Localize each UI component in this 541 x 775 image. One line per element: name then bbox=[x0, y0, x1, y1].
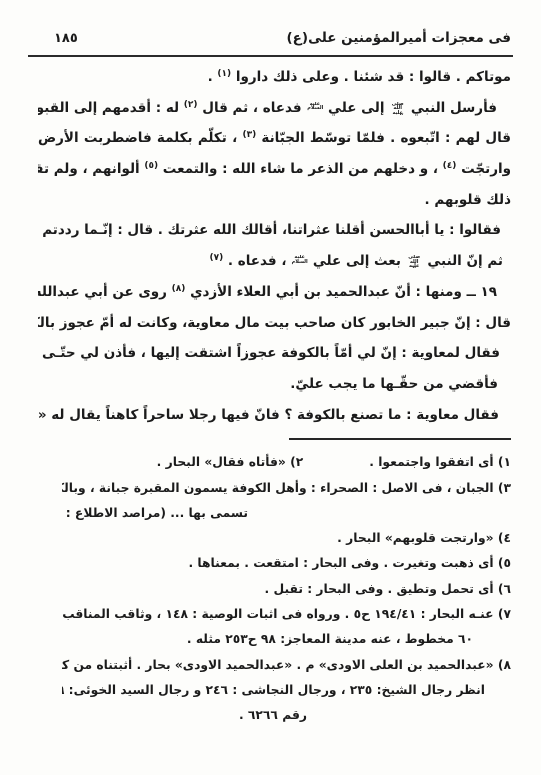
footnote-text: تسمى بها ... (مراصد الاطلاع : ٣١٠/١) . bbox=[62, 506, 248, 520]
body-text-run: . bbox=[208, 69, 218, 85]
footnote-line: ٦٠ مخطوط ، عنه مدينة المعاجز: ٩٨ ح٢٥٣ مث… bbox=[62, 627, 511, 652]
footnote-text: ٦) أى تحمل وتطيق . وفى البحار : تقبل . bbox=[265, 582, 511, 596]
book-page: فى معجزات أميرالمؤمنين على(ع) ١٨٥ موتاكم… bbox=[0, 0, 541, 775]
footnote-text: ٤) «وارتجت قلوبهم» البحار . bbox=[337, 531, 511, 545]
body-text-run: قال لهم : اتّبعوه . فلمّا توسّط الجبّانة bbox=[256, 130, 511, 146]
footnote-text: ١) أى اتفقوا واجتمعوا . bbox=[369, 455, 511, 469]
footnote-marker: (٢) bbox=[184, 100, 198, 110]
page-header-title: فى معجزات أميرالمؤمنين على(ع) bbox=[287, 30, 511, 46]
body-text-run: ، تكلّم بكلمة فاضطربت الأرض bbox=[38, 130, 242, 146]
footnote-line: ٦) أى تحمل وتطيق . وفى البحار : تقبل . bbox=[62, 577, 511, 602]
footnote-text: رقم ٦٢٦٦ . bbox=[239, 708, 307, 722]
body-text-run: فقالوا : يا أباالحسن أقلنا عثراتنا، أقال… bbox=[38, 222, 501, 238]
page-header: فى معجزات أميرالمؤمنين على(ع) ١٨٥ bbox=[28, 0, 513, 55]
footnote-marker: (٣) bbox=[242, 130, 256, 140]
honorific-symbol: صلى الله عليه وآله bbox=[389, 102, 406, 115]
footnote-text: ٦٠ مخطوط ، عنه مدينة المعاجز: ٩٨ ح٢٥٣ مث… bbox=[187, 632, 473, 646]
footnote-marker: (٧) bbox=[209, 253, 223, 263]
body-text-run: فقال معاوية : ما تصنع بالكوفة ؟ فانّ فيه… bbox=[38, 407, 499, 423]
body-text-run: إلى علي bbox=[323, 100, 389, 116]
body-lines: موتاكم . قالوا : قد شئنا . وعلى ذلك دارو… bbox=[38, 62, 511, 430]
body-text-run: وارتجّت bbox=[456, 161, 511, 177]
body-text-run: ، فدعاه . bbox=[223, 253, 291, 269]
body-text-run: ١٩ ــ ومنها : أنّ عبدالحميد بن أبي العلا… bbox=[185, 284, 497, 300]
body-text-run: فأقضي من حقّـها ما يجب عليّ. bbox=[290, 376, 498, 392]
body-line: فأرسل النبي صلى الله عليه وآله إلى علي ع… bbox=[38, 93, 511, 124]
footnote-text: ٨) «عبدالحميد بن العلى الاودى» م . «عبدا… bbox=[62, 658, 511, 672]
body-line: فقال معاوية : ما تصنع بالكوفة ؟ فانّ فيه… bbox=[38, 400, 511, 431]
body-line: فأقضي من حقّـها ما يجب عليّ. bbox=[38, 369, 511, 400]
body-text-run: موتاكم . قالوا : قد شئنا . وعلى ذلك دارو… bbox=[231, 69, 511, 85]
footnote-line: ٧) عنـه البحار : ١٩٤/٤١ ح٥ . ورواه فى اث… bbox=[62, 602, 511, 627]
body-text-run: فقال لمعاوية : إنّ لي أمّاً بالكوفة عجوز… bbox=[38, 345, 500, 361]
footnote-text: انظر رجال الشيخ: ٢٣٥ ، ورجال النجاشى : ٢… bbox=[62, 683, 485, 697]
footnote-text: ٣) الجبان ، فى الاصل : الصحراء : وأهل ال… bbox=[62, 481, 511, 495]
footnote-line: ٥) أى ذهبت وتغيرت . وفى البحار : امتقعت … bbox=[62, 551, 511, 576]
body-line: موتاكم . قالوا : قد شئنا . وعلى ذلك دارو… bbox=[38, 62, 511, 93]
footnote-line: ١) أى اتفقوا واجتمعوا .٢) «فأتاه فقال» ا… bbox=[62, 450, 511, 475]
body-line: وارتجّت (٤) ، و دخلهم من الذعر ما شاء ال… bbox=[38, 154, 511, 185]
body-line: قال لهم : اتّبعوه . فلمّا توسّط الجبّانة… bbox=[38, 123, 511, 154]
footnote-line: ٤) «وارتجت قلوبهم» البحار . bbox=[62, 526, 511, 551]
body-text-run: روى عن أبي عبدالله bbox=[38, 284, 172, 300]
footnote-line: تسمى بها ... (مراصد الاطلاع : ٣١٠/١) . bbox=[62, 501, 511, 526]
body-text: موتاكم . قالوا : قد شئنا . وعلى ذلك دارو… bbox=[0, 57, 541, 430]
footnote-line: ٣) الجبان ، فى الاصل : الصحراء : وأهل ال… bbox=[62, 476, 511, 501]
footnote-marker: (٥) bbox=[144, 161, 158, 171]
footnote-line: ٨) «عبدالحميد بن العلى الاودى» م . «عبدا… bbox=[62, 653, 511, 678]
footnote-line: رقم ٦٢٦٦ . bbox=[62, 703, 511, 728]
body-line: فقالوا : يا أباالحسن أقلنا عثراتنا، أقال… bbox=[38, 215, 511, 246]
footnote-line: انظر رجال الشيخ: ٢٣٥ ، ورجال النجاشى : ٢… bbox=[62, 678, 511, 703]
honorific-symbol: عليه السلام bbox=[306, 102, 323, 115]
footnote-text: ٥) أى ذهبت وتغيرت . وفى البحار : امتقعت … bbox=[188, 556, 511, 570]
body-line: ١٩ ــ ومنها : أنّ عبدالحميد بن أبي العلا… bbox=[38, 277, 511, 308]
footnote-marker: (٨) bbox=[172, 284, 186, 294]
body-text-run: له : أقدمهم إلى القبور ، ثم bbox=[38, 100, 184, 116]
body-line: قال : إنّ جبير الخابور كان صاحب بيت مال … bbox=[38, 308, 511, 339]
footnote-lines: ١) أى اتفقوا واجتمعوا .٢) «فأتاه فقال» ا… bbox=[62, 450, 511, 728]
body-text-run: ، و دخلهم من الذعر ما شاء الله : والتمعت bbox=[158, 161, 443, 177]
footnote-text: ٧) عنـه البحار : ١٩٤/٤١ ح٥ . ورواه فى اث… bbox=[62, 607, 511, 621]
honorific-symbol: صلى الله عليه وآله bbox=[406, 255, 423, 268]
header-rule: فى معجزات أميرالمؤمنين على(ع) ١٨٥ bbox=[28, 0, 513, 57]
body-text-run: ثم إنّ النبي bbox=[423, 253, 503, 269]
footnote-marker: (١) bbox=[217, 69, 231, 79]
body-text-run: فأرسل النبي bbox=[406, 100, 497, 116]
body-line: ثم إنّ النبي صلى الله عليه وآله بعث إلى … bbox=[38, 246, 511, 277]
page-number: ١٨٥ bbox=[54, 31, 78, 46]
footnote-text: ٢) «فأتاه فقال» البحار . bbox=[157, 455, 304, 469]
body-text-run: ذلك قلوبهم . bbox=[425, 192, 511, 208]
body-text-run: فدعاه ، ثم قال bbox=[198, 100, 307, 116]
body-text-run: قال : إنّ جبير الخابور كان صاحب بيت مال … bbox=[38, 315, 511, 331]
footnote-marker: (٤) bbox=[443, 161, 457, 171]
footnotes-section: ١) أى اتفقوا واجتمعوا .٢) «فأتاه فقال» ا… bbox=[0, 440, 541, 728]
body-text-run: ألوانهم ، ولم تقل bbox=[38, 161, 144, 177]
honorific-symbol: عليه السلام bbox=[291, 255, 308, 268]
body-text-run: بعث إلى علي bbox=[308, 253, 406, 269]
body-line: فقال لمعاوية : إنّ لي أمّاً بالكوفة عجوز… bbox=[38, 338, 511, 369]
body-line: ذلك قلوبهم . bbox=[38, 185, 511, 216]
